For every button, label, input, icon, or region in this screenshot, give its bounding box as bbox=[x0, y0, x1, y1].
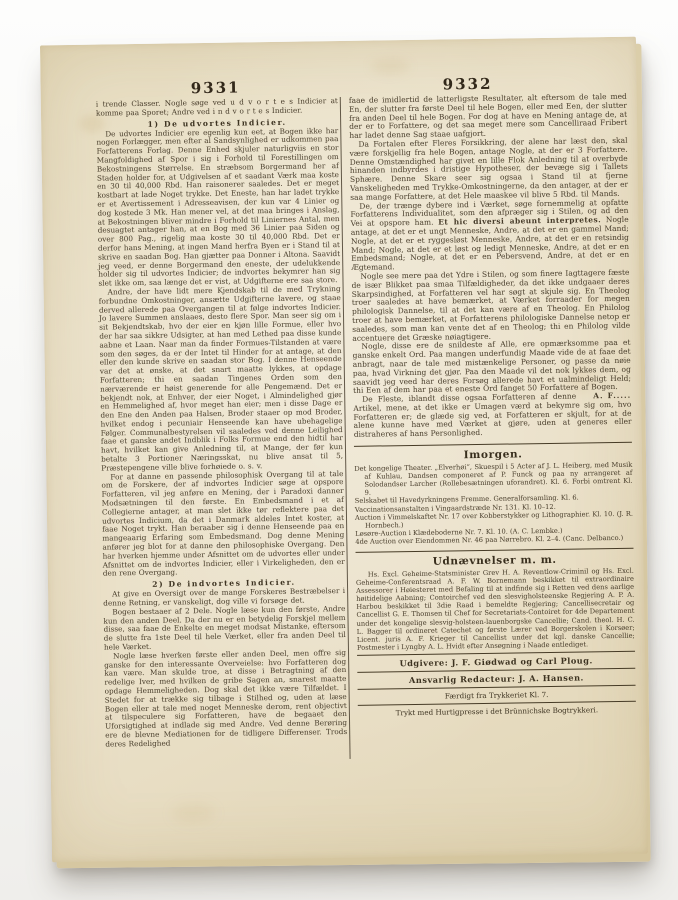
udnaevnelser-body: Hs. Excl. Geheime-Statsminister Grev H. … bbox=[356, 567, 635, 652]
publishers-line: Udgivere: J. F. Giødwad og Carl Ploug. bbox=[357, 655, 635, 669]
paper-stain bbox=[370, 58, 410, 75]
scanned-newspaper-page: 9331 9332 i trende Classer. Nogle søge v… bbox=[0, 0, 678, 900]
editor-line: Ansvarlig Redacteur: J. A. Hansen. bbox=[357, 672, 635, 686]
newspaper-sheet: 9331 9332 i trende Classer. Nogle søge v… bbox=[40, 37, 648, 863]
column-number-right: 9332 bbox=[346, 73, 588, 95]
printer-line: Trykt med Hurtigpresse i det Brünnichske… bbox=[358, 705, 636, 718]
article-column-right: faae de imidlertid de latterligste Resul… bbox=[349, 93, 636, 719]
section-rule bbox=[356, 548, 634, 553]
article-paragraph: Bogen bestaaer af 2 Dele. Nogle læse kun… bbox=[103, 605, 346, 653]
agenda-item: Det kongelige Theater. „Elverhøi“, Skues… bbox=[354, 461, 632, 497]
article-paragraph: Da Fortalen efter Fleres Forsikkring, de… bbox=[349, 137, 628, 203]
article-paragraph: Andre, der have lidt mere Kjendskab til … bbox=[99, 285, 344, 473]
article-paragraph: Nogle see mere paa det Ydre i Stilen, og… bbox=[351, 269, 630, 343]
article-paragraph: A. F.....De Fleste, iblandt disse ogsaa … bbox=[353, 392, 632, 440]
paper-stain bbox=[171, 803, 215, 824]
section-rule bbox=[354, 442, 632, 447]
article-paragraph: Nogle, disse ere de snildeste af Alle, e… bbox=[352, 339, 631, 396]
article-continuation: faae de imidlertid de latterligste Resul… bbox=[349, 93, 632, 440]
article-column-left: i trende Classer. Nogle søge ved u d v o… bbox=[96, 97, 348, 749]
imorgen-listing: Det kongelige Theater. „Elverhøi“, Skues… bbox=[354, 461, 633, 546]
appointments-paragraph: Hs. Excl. Geheime-Statsminister Grev H. … bbox=[356, 567, 635, 652]
article-paragraph: De udvortes Indicier ere egenlig kun eet… bbox=[96, 127, 340, 289]
press-ready-line: Færdigt fra Trykkeriet Kl. 7. bbox=[358, 689, 636, 702]
article-paragraph: faae de imidlertid de latterligste Resul… bbox=[349, 93, 628, 141]
article-paragraph: For at danne en passende philosophisk Ov… bbox=[101, 470, 345, 579]
article-paragraph: Nogle læse hverken første eller anden De… bbox=[104, 649, 347, 749]
article-paragraph: De, der trænge dybere ind i Værket, søge… bbox=[350, 198, 629, 272]
article-paragraph: i trende Classer. Nogle søge ved u d v o… bbox=[96, 97, 338, 118]
column-number-left: 9331 bbox=[95, 77, 337, 99]
